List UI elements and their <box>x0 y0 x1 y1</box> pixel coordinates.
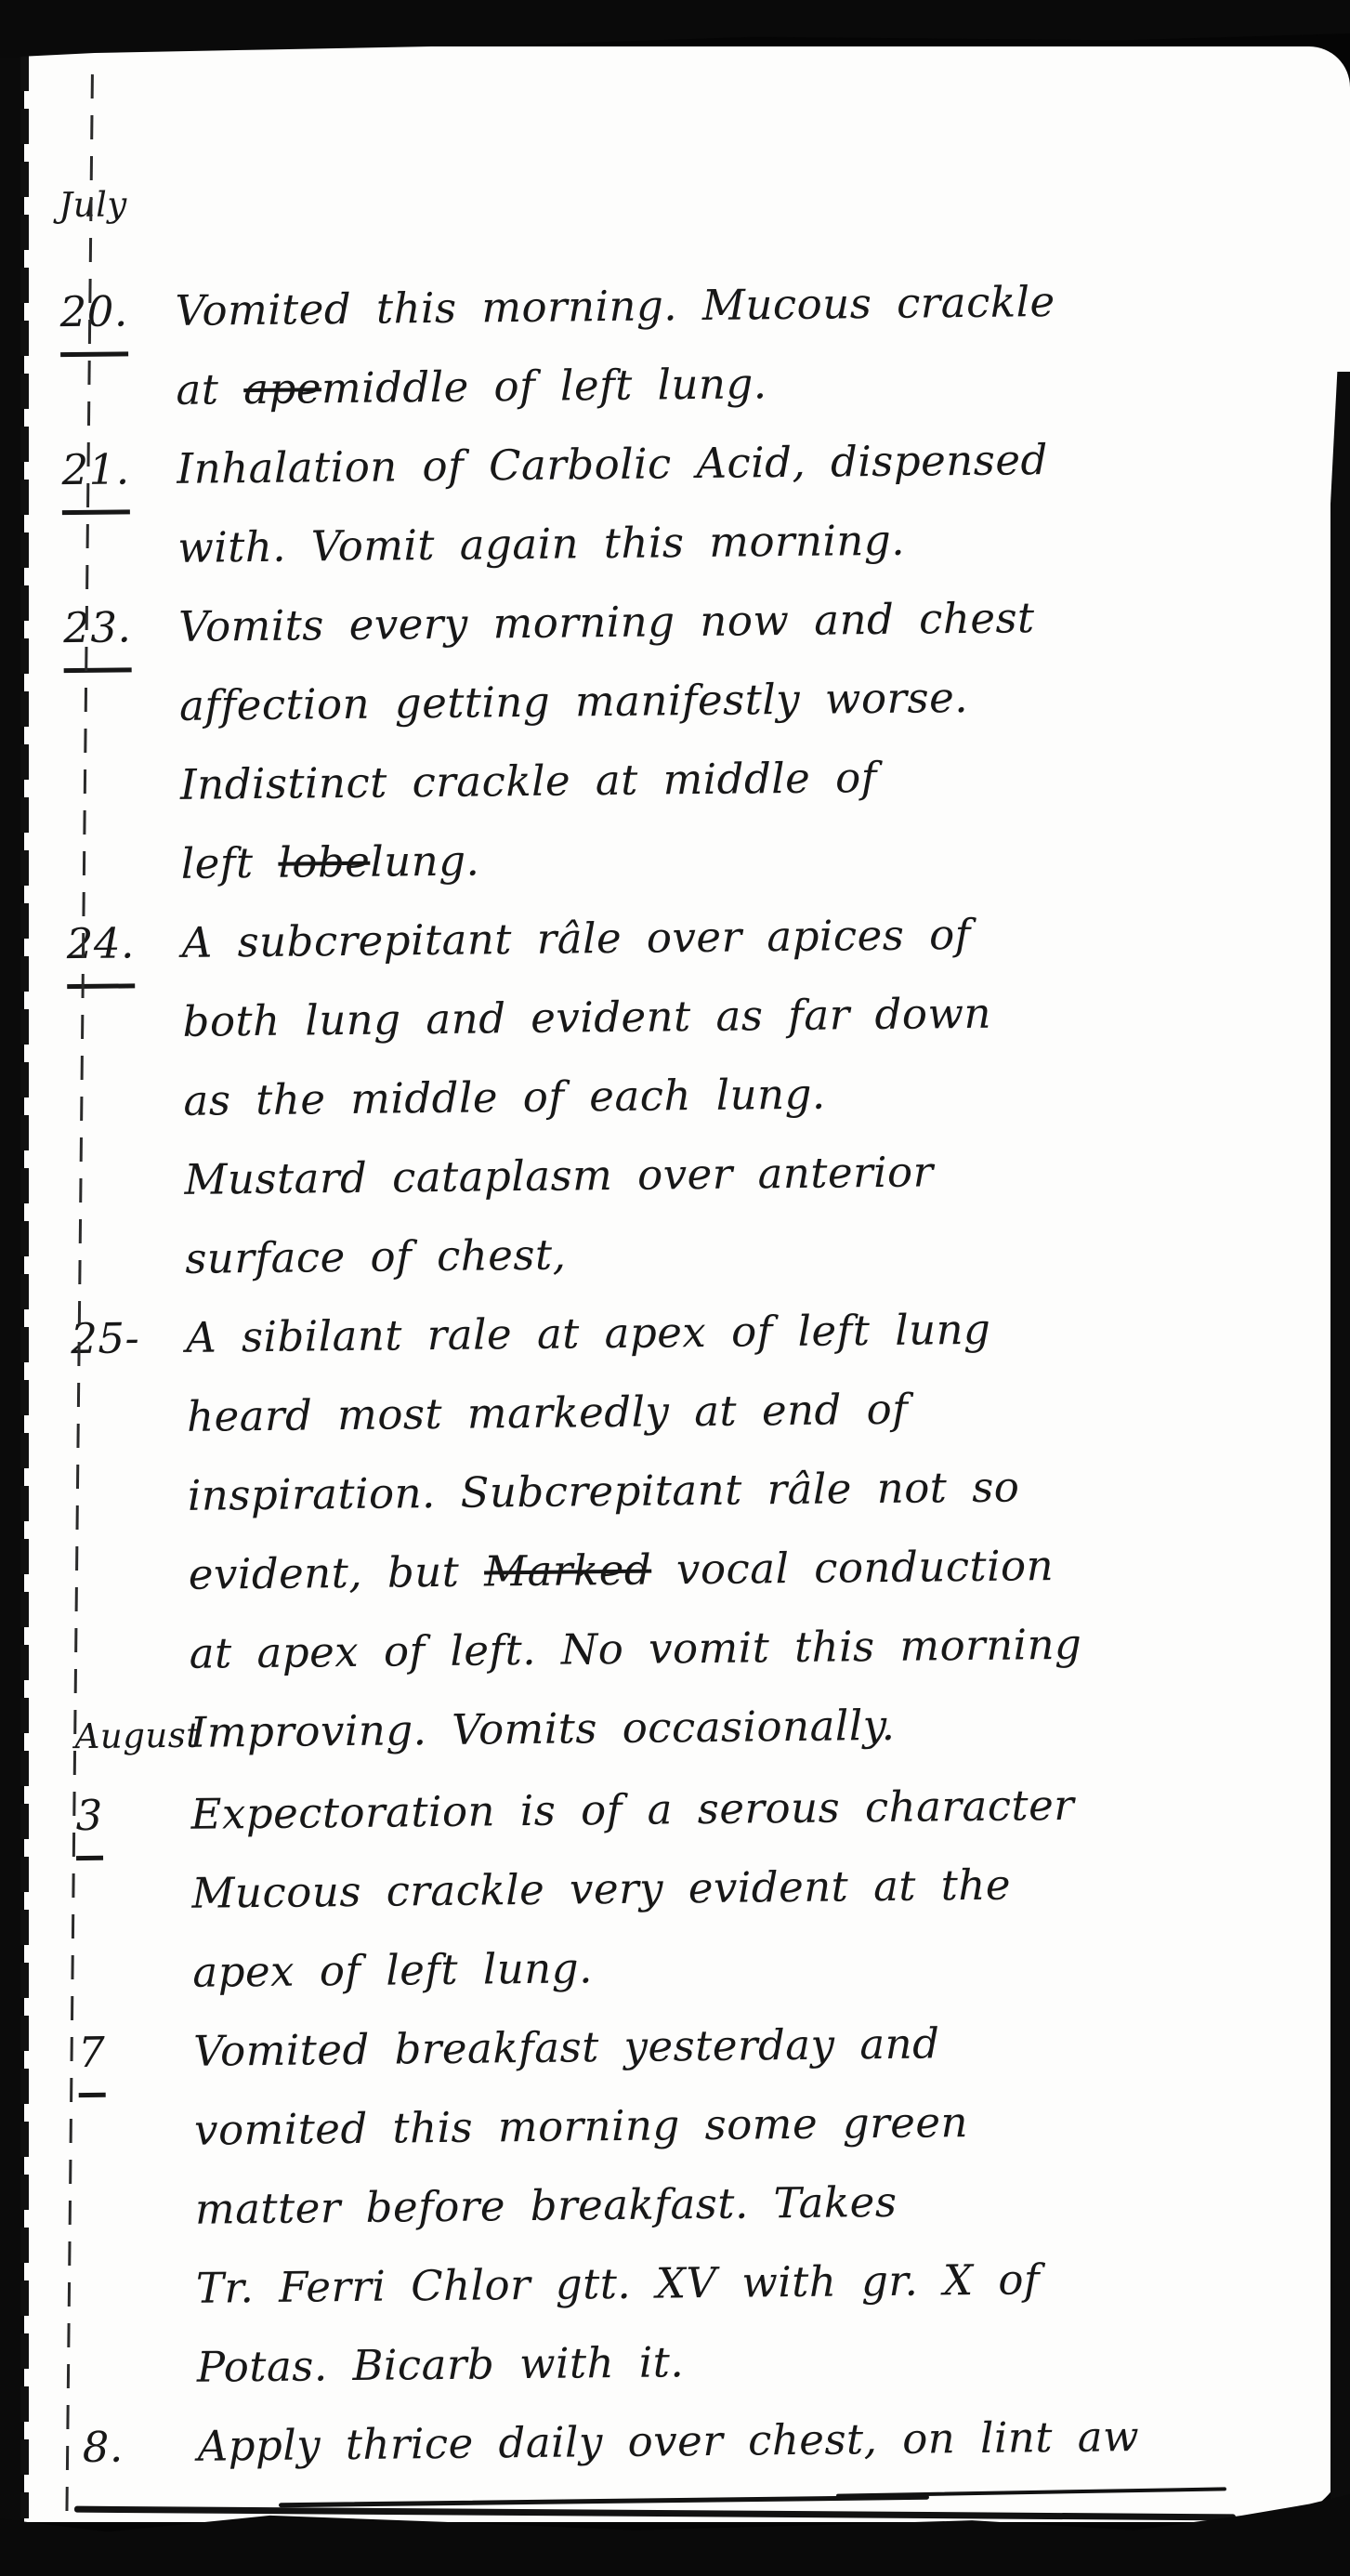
entry-text: Inhalation of Carbolic Acid, dispensed <box>177 435 1048 493</box>
entry-text: affection getting manifestly worse. <box>179 673 969 730</box>
entry-text: surface of chest, <box>185 1230 567 1283</box>
entry-text: apex of left lung. <box>192 1943 593 1997</box>
entry: 24.A subcrepitant râle over apices ofbot… <box>51 891 1349 1300</box>
struck-out-word: lobe <box>278 837 370 887</box>
entry-line: Indistinct crackle at middle of <box>180 733 1345 824</box>
entry: 3Expectoration is of a serous characterM… <box>60 1763 1350 2014</box>
entry-line: left lobelung. <box>180 812 1345 903</box>
entry-text: left <box>181 838 279 888</box>
entry-text: as the middle of each lung. <box>183 1070 826 1125</box>
paper-page: July20.Vomited this morning. Mucous crac… <box>24 46 1350 2522</box>
entry-text: Tr. Ferri Chlor gtt. XV with gr. X of <box>196 2254 1041 2313</box>
entry-text: inspiration. Subcrepitant râle not so <box>188 1462 1020 1519</box>
entry-day-number: 3 <box>60 1775 191 1860</box>
entry-body <box>174 150 1338 162</box>
entry-line: Mustard cataplasm over anterior <box>184 1128 1349 1219</box>
entry-day-number: 21. <box>46 429 177 515</box>
scan-border-left-broken <box>20 56 29 2518</box>
entry-line: vomited this morning some green <box>194 2079 1350 2170</box>
entry-day-number: 25- <box>56 1298 187 1378</box>
entry-line: Inhalation of Carbolic Acid, dispensed <box>177 417 1342 508</box>
entry-text: lung. <box>370 835 480 886</box>
entry: 21.Inhalation of Carbolic Acid, dispense… <box>46 417 1343 589</box>
entry-text: Potas. Bicarb with it. <box>197 2337 685 2391</box>
scanned-document-page: { "document": { "kind": "handwritten-cas… <box>0 0 1350 2576</box>
struck-out-word: ape <box>243 363 321 414</box>
entry-line: evident, but Marked vocal conduction <box>188 1523 1350 1614</box>
entry-line: Expectoration is of a serous character <box>190 1763 1350 1854</box>
entry-text: matter before breakfast. Takes <box>195 2177 898 2234</box>
entry-text: evident, but <box>189 1546 485 1598</box>
entry: AugustImproving. Vomits occasionally. <box>59 1681 1350 1777</box>
entry-text: A sibilant rale at apex of left lung <box>186 1305 991 1362</box>
entry-line: Vomited breakfast yesterday and <box>193 2000 1350 2091</box>
entry-line: Tr. Ferri Chlor gtt. XV with gr. X of <box>195 2237 1350 2328</box>
scan-border-right <box>1330 372 1350 2576</box>
entry-line: surface of chest, <box>185 1207 1350 1298</box>
entry-body: Vomited this morning. Mucous crackleat a… <box>175 259 1341 429</box>
entry-line: Vomited this morning. Mucous crackle <box>175 259 1340 350</box>
entry-body: Inhalation of Carbolic Acid, dispensedwi… <box>177 417 1343 587</box>
month-label: July <box>44 162 175 244</box>
entry: 23.Vomits every morning now and chestaff… <box>48 575 1345 905</box>
entry-text: Indistinct crackle at middle of <box>180 753 877 809</box>
entry-body: A sibilant rale at apex of left lunghear… <box>186 1286 1350 1693</box>
entry-body: Vomits every morning now and chestaffect… <box>178 575 1345 903</box>
entry-text: Vomited breakfast yesterday and <box>193 2018 940 2075</box>
entry-line: A sibilant rale at apex of left lung <box>186 1286 1350 1377</box>
entry-day-number: 8. <box>67 2407 198 2487</box>
entry-text: A subcrepitant râle over apices of <box>181 910 971 967</box>
entry-text: vomited this morning some green <box>194 2097 968 2155</box>
handwriting-notes: July20.Vomited this morning. Mucous crac… <box>44 150 1350 2487</box>
entry-text: heard most markedly at end of <box>187 1385 909 1441</box>
entry: 8.Apply thrice daily over chest, on lint… <box>67 2395 1350 2488</box>
entry-text: Apply thrice daily over chest, on lint a… <box>197 2412 1139 2471</box>
entry-day-number: 7 <box>63 2012 194 2097</box>
entry-line: inspiration. Subcrepitant râle not so <box>188 1444 1350 1535</box>
entry-text: Mustard cataplasm over anterior <box>184 1147 934 1203</box>
entry-line: at apemiddle of left lung. <box>176 338 1341 429</box>
entry: 20.Vomited this morning. Mucous cracklea… <box>45 259 1341 431</box>
entry-line: Potas. Bicarb with it. <box>196 2316 1350 2407</box>
entry-day-number: 24. <box>51 903 182 989</box>
entry-body: A subcrepitant râle over apices ofboth l… <box>181 891 1349 1298</box>
entry-line: matter before breakfast. Takes <box>195 2158 1350 2249</box>
entry-line: affection getting manifestly worse. <box>179 654 1344 745</box>
entry-line: apex of left lung. <box>192 1921 1350 2012</box>
entry-day-number: 23. <box>48 587 179 673</box>
entry-text: vocal conduction <box>651 1541 1054 1595</box>
entry-text: both lung and evident as far down <box>182 989 991 1046</box>
month-label: August <box>59 1693 190 1776</box>
entry-line: Improving. Vomits occasionally. <box>190 1681 1350 1772</box>
entry-text: Vomits every morning now and chest <box>178 593 1035 651</box>
struck-out-word: Marked <box>484 1545 652 1597</box>
entry-body: Expectoration is of a serous characterMu… <box>190 1763 1350 2012</box>
entry-text: at apex of left. No vomit this morning <box>189 1620 1081 1678</box>
entry-line: heard most markedly at end of <box>187 1365 1350 1456</box>
entry-line: as the middle of each lung. <box>183 1049 1348 1140</box>
entry-line: with. Vomit again this morning. <box>177 496 1343 587</box>
entry-text: at <box>176 364 243 414</box>
entry: 25-A sibilant rale at apex of left lungh… <box>56 1286 1350 1695</box>
entry-text: Expectoration is of a serous character <box>190 1781 1074 1839</box>
entry-line: Mucous crackle very evident at the <box>191 1842 1350 1933</box>
entry-text: middle of left lung. <box>321 359 767 413</box>
entry-line: Apply thrice daily over chest, on lint a… <box>197 2395 1350 2486</box>
entry-text: Vomited this morning. Mucous crackle <box>175 277 1055 335</box>
entry-body: Vomited breakfast yesterday andvomited t… <box>193 2000 1350 2407</box>
entry-body: Improving. Vomits occasionally. <box>190 1681 1350 1772</box>
entry-line: Vomits every morning now and chest <box>178 575 1343 666</box>
entry-line: A subcrepitant râle over apices of <box>181 891 1346 982</box>
entry-day-number: 20. <box>45 271 176 357</box>
entry-text: with. Vomit again this morning. <box>177 516 905 572</box>
entry-text: Improving. Vomits occasionally. <box>190 1701 895 1757</box>
entry: July <box>44 150 1339 245</box>
entry-line: at apex of left. No vomit this morning <box>189 1602 1350 1693</box>
entry-line: both lung and evident as far down <box>182 970 1347 1061</box>
entry-body: Apply thrice daily over chest, on lint a… <box>197 2395 1350 2486</box>
entry-text: Mucous crackle very evident at the <box>191 1860 1011 1918</box>
entry: 7Vomited breakfast yesterday andvomited … <box>63 2000 1350 2409</box>
